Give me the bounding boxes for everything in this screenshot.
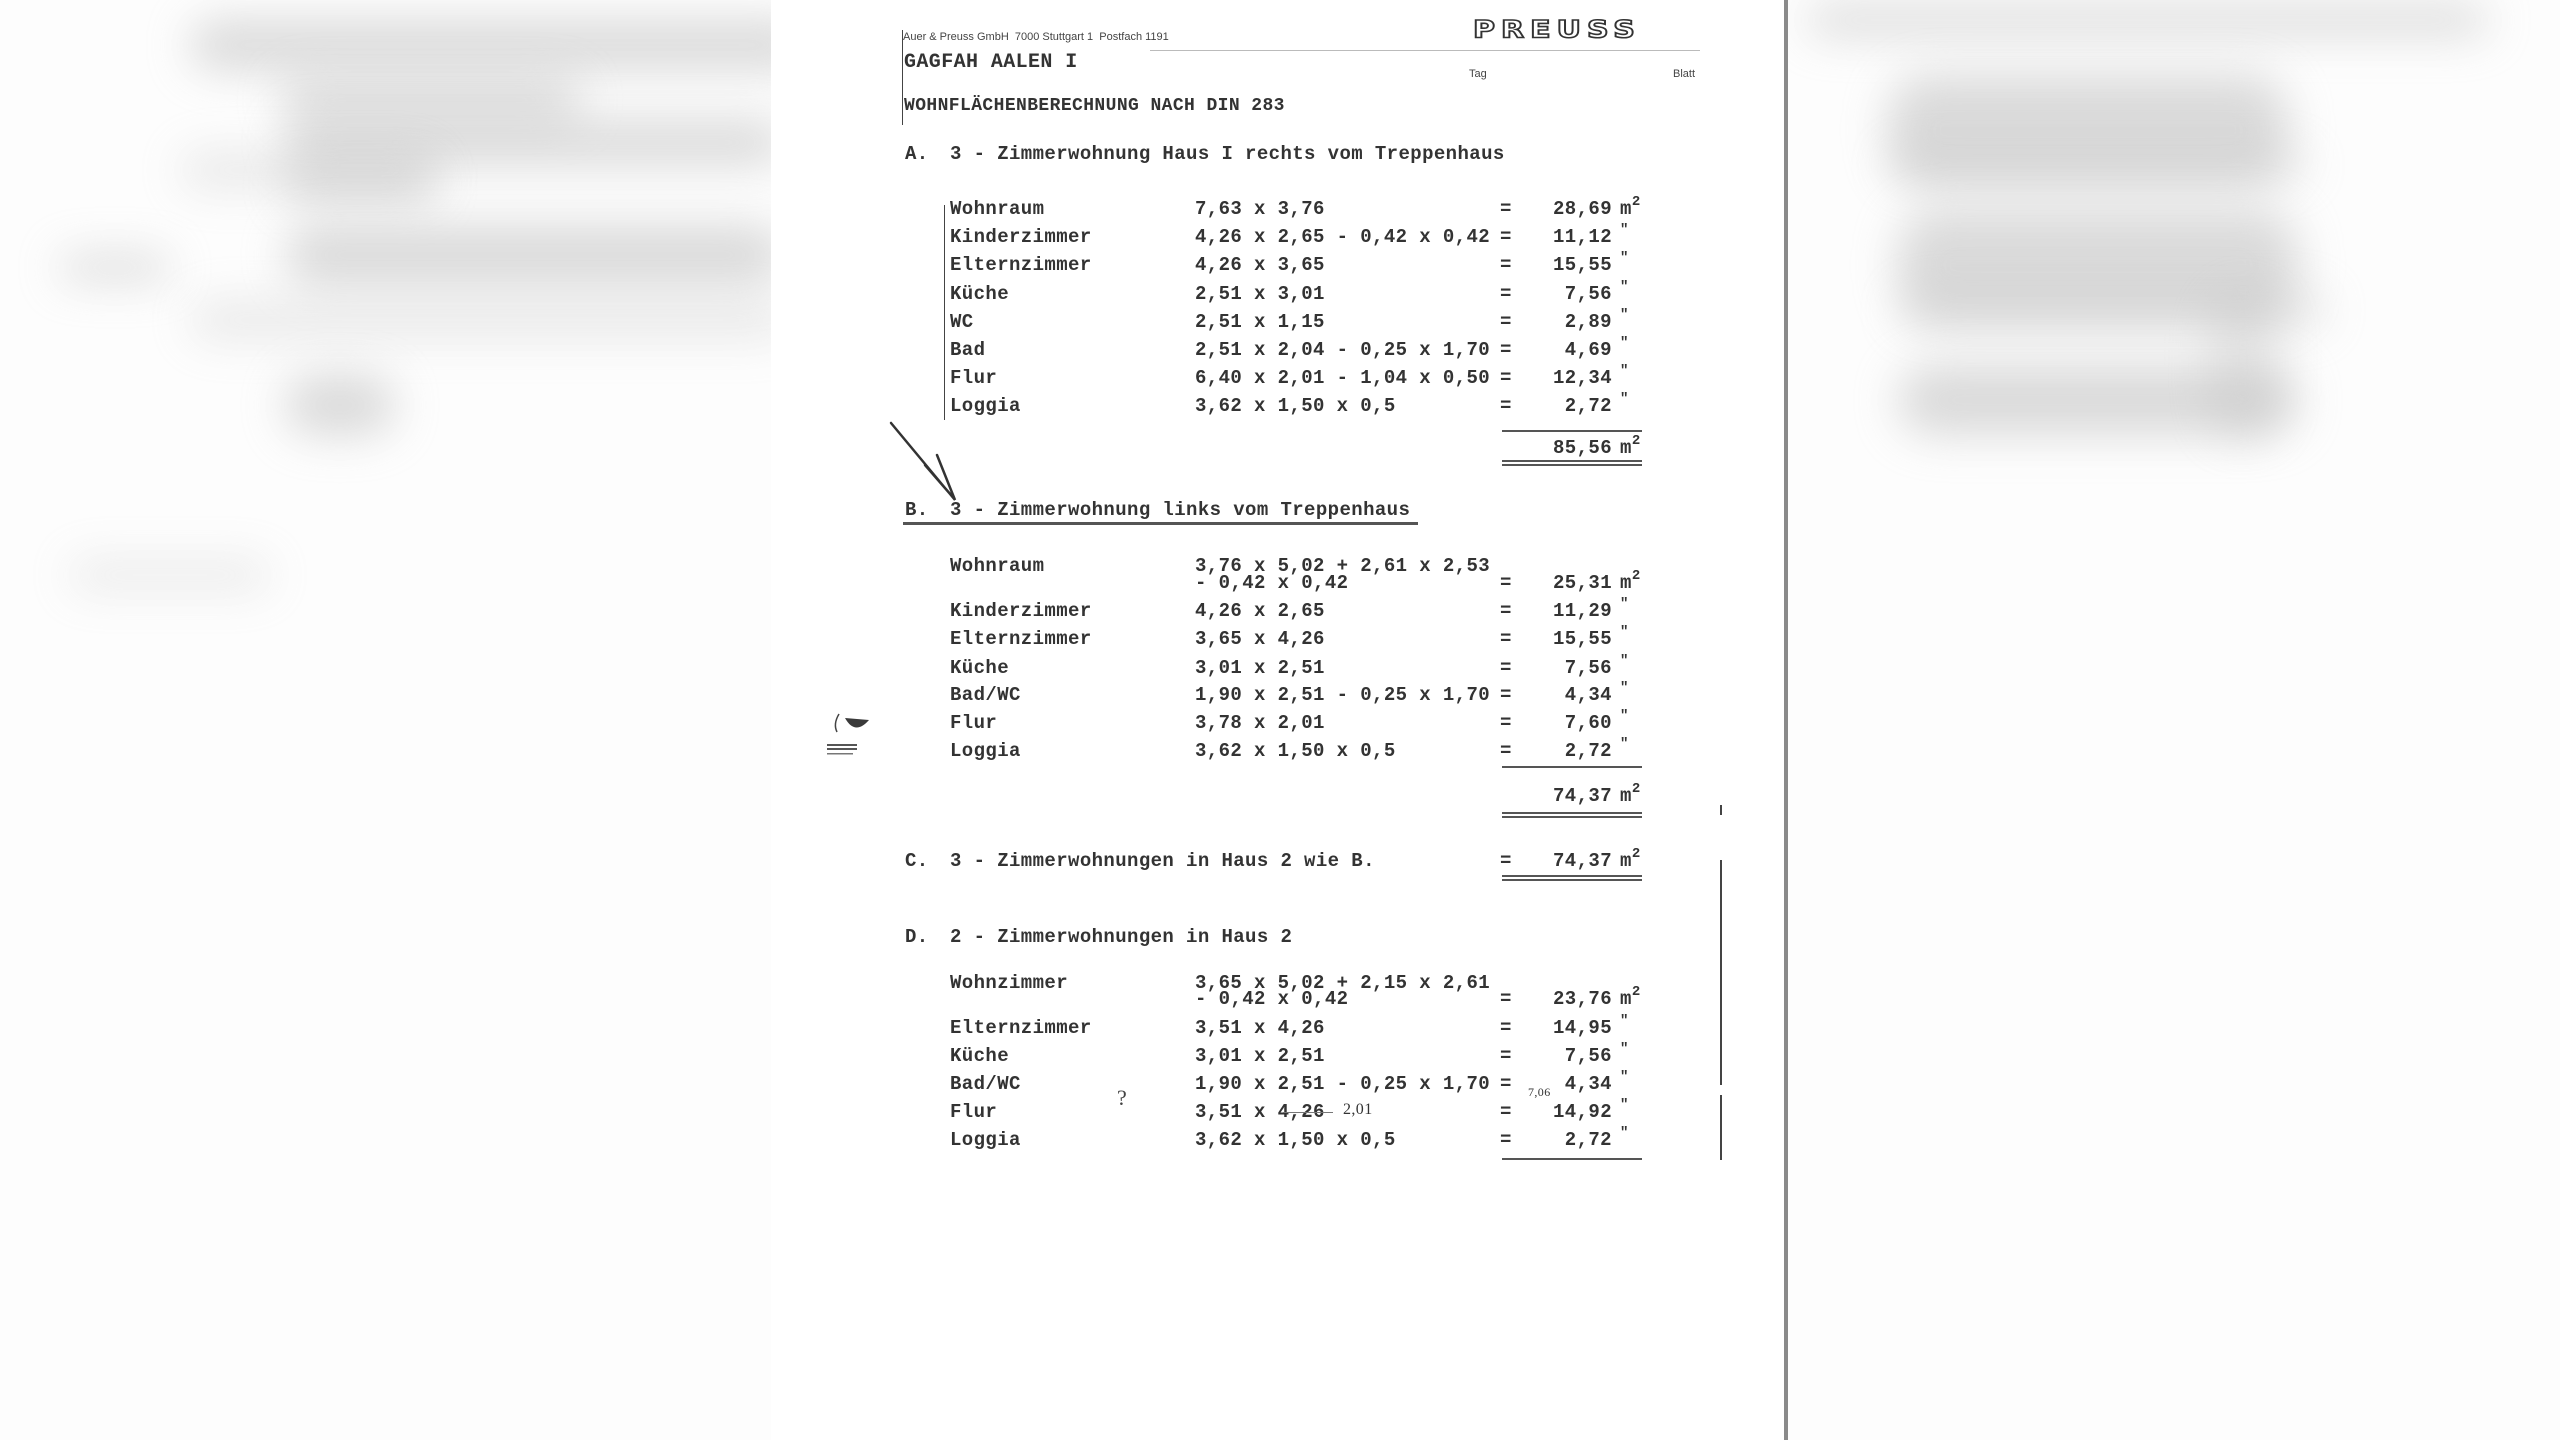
room-name: Küche [950, 657, 1009, 679]
area-formula-continued: - 0,42 x 0,42 [1195, 572, 1348, 594]
room-area: 2,89 [1565, 311, 1612, 333]
rule-line [1502, 816, 1642, 818]
equals-sign: = [1500, 226, 1512, 248]
section-heading: 3 - Zimmerwohnung links vom Treppenhaus [950, 499, 1410, 521]
room-area: 7,56 [1565, 1045, 1612, 1067]
question-mark-annotation: ? [1117, 1085, 1127, 1111]
margin-mark [1720, 805, 1722, 815]
room-area: 14,92 [1553, 1101, 1612, 1123]
area-unit: " [1620, 279, 1629, 295]
area-formula: 2,51 x 1,15 [1195, 311, 1325, 333]
ink-smudge-icon [825, 710, 885, 760]
room-name: Kinderzimmer [950, 226, 1092, 248]
area-unit: " [1620, 624, 1629, 640]
room-area: 4,34 [1565, 1073, 1612, 1095]
room-area: 4,34 [1565, 684, 1612, 706]
equals-sign: = [1500, 684, 1512, 706]
company-address-line: Auer & Preuss GmbH 7000 Stuttgart 1 Post… [903, 31, 1169, 43]
room-area: 4,69 [1565, 339, 1612, 361]
margin-line [944, 205, 945, 420]
area-unit: " [1620, 653, 1629, 669]
strikethrough [1283, 1112, 1333, 1113]
area-formula: 3,62 x 1,50 x 0,5 [1195, 740, 1396, 762]
equals-sign: = [1500, 367, 1512, 389]
rule-line [1502, 1158, 1642, 1160]
area-unit: " [1620, 1013, 1629, 1029]
section-total: 85,56 [1553, 437, 1612, 459]
area-unit: m2 [1620, 850, 1641, 872]
area-unit: " [1620, 335, 1629, 351]
room-area: 15,55 [1553, 628, 1612, 650]
handwritten-area-correction: 7,06 [1528, 1085, 1551, 1100]
equals-sign: = [1500, 1017, 1512, 1039]
area-unit: " [1620, 250, 1629, 266]
equals-sign: = [1500, 1073, 1512, 1095]
room-name: Wohnraum [950, 555, 1044, 577]
area-formula: 6,40 x 2,01 - 1,04 x 0,50 [1195, 367, 1490, 389]
area-unit: m2 [1620, 988, 1641, 1010]
area-formula: 2,51 x 3,01 [1195, 283, 1325, 305]
room-name: Wohnraum [950, 198, 1044, 220]
section-letter: D. [905, 926, 929, 948]
rule-line [1502, 430, 1642, 432]
room-name: Loggia [950, 395, 1021, 417]
area-unit: " [1620, 1041, 1629, 1057]
equals-sign: = [1500, 1129, 1512, 1151]
area-formula: 1,90 x 2,51 - 0,25 x 1,70 [1195, 1073, 1490, 1095]
area-formula: 3,01 x 2,51 [1195, 657, 1325, 679]
room-name: Bad/WC [950, 1073, 1021, 1095]
room-name: Bad [950, 339, 985, 361]
room-name: Kinderzimmer [950, 600, 1092, 622]
area-unit: " [1620, 708, 1629, 724]
rule-line [1502, 812, 1642, 814]
room-name: Flur [950, 1101, 997, 1123]
rule-line [1502, 766, 1642, 768]
section-letter: C. [905, 850, 929, 872]
equals-sign: = [1500, 311, 1512, 333]
area-unit: " [1620, 222, 1629, 238]
margin-line [902, 30, 903, 125]
area-unit: m2 [1620, 437, 1641, 459]
section-heading: 2 - Zimmerwohnungen in Haus 2 [950, 926, 1292, 948]
handwritten-correction: 2,01 [1343, 1101, 1373, 1119]
margin-mark [1720, 860, 1722, 1085]
area-unit: m2 [1620, 572, 1641, 594]
section-letter: A. [905, 143, 929, 165]
area-formula: 3,62 x 1,50 x 0,5 [1195, 1129, 1396, 1151]
area-formula: 3,62 x 1,50 x 0,5 [1195, 395, 1396, 417]
room-name: Flur [950, 712, 997, 734]
page-edge [1784, 0, 1788, 1440]
room-area: 7,56 [1565, 283, 1612, 305]
area-unit: m2 [1620, 785, 1641, 807]
rule-line [1502, 875, 1642, 877]
preuss-logo: PREUSS [1473, 16, 1641, 44]
room-area: 25,31 [1553, 572, 1612, 594]
area-unit: m2 [1620, 198, 1641, 220]
room-area: 14,95 [1553, 1017, 1612, 1039]
equals-sign: = [1500, 628, 1512, 650]
area-unit: " [1620, 391, 1629, 407]
area-formula: 4,26 x 2,65 - 0,42 x 0,42 [1195, 226, 1490, 248]
section-heading: 3 - Zimmerwohnungen in Haus 2 wie B. [950, 850, 1375, 872]
area-unit: " [1620, 680, 1629, 696]
room-name: Küche [950, 283, 1009, 305]
room-name: Elternzimmer [950, 1017, 1092, 1039]
room-name: Flur [950, 367, 997, 389]
room-name: WC [950, 311, 974, 333]
section-total: 74,37 [1553, 785, 1612, 807]
room-name: Elternzimmer [950, 628, 1092, 650]
equals-sign: = [1500, 988, 1512, 1010]
blatt-label: Blatt [1673, 68, 1695, 80]
section-heading: 3 - Zimmerwohnung Haus I rechts vom Trep… [950, 143, 1505, 165]
tag-label: Tag [1469, 68, 1487, 80]
room-area: 2,72 [1565, 740, 1612, 762]
room-name: Wohnzimmer [950, 972, 1068, 994]
equals-sign: = [1500, 395, 1512, 417]
room-area: 23,76 [1553, 988, 1612, 1010]
area-formula-continued: - 0,42 x 0,42 [1195, 988, 1348, 1010]
room-area: 7,60 [1565, 712, 1612, 734]
equals-sign: = [1500, 254, 1512, 276]
area-formula: 4,26 x 2,65 [1195, 600, 1325, 622]
blurred-background-left [0, 0, 771, 1440]
equals-sign: = [1500, 572, 1512, 594]
room-area: 2,72 [1565, 1129, 1612, 1151]
project-name: GAGFAH AALEN I [904, 51, 1078, 74]
room-area: 15,55 [1553, 254, 1612, 276]
equals-sign: = [1500, 740, 1512, 762]
area-formula: 3,78 x 2,01 [1195, 712, 1325, 734]
rule-line [903, 522, 1418, 525]
area-unit: " [1620, 1069, 1629, 1085]
area-formula: 3,01 x 2,51 [1195, 1045, 1325, 1067]
room-area: 11,12 [1553, 226, 1612, 248]
area-formula: 2,51 x 2,04 - 0,25 x 1,70 [1195, 339, 1490, 361]
area-unit: " [1620, 736, 1629, 752]
room-area: 2,72 [1565, 395, 1612, 417]
equals-sign: = [1500, 600, 1512, 622]
blurred-background-right [1788, 0, 2560, 1440]
equals-sign: = [1500, 712, 1512, 734]
room-area: 12,34 [1553, 367, 1612, 389]
margin-mark [1720, 1095, 1722, 1160]
area-unit: " [1620, 363, 1629, 379]
room-name: Elternzimmer [950, 254, 1092, 276]
area-formula: 4,26 x 3,65 [1195, 254, 1325, 276]
area-unit: " [1620, 596, 1629, 612]
area-unit: " [1620, 1097, 1629, 1113]
checkmark-icon [885, 415, 965, 505]
section-total: 74,37 [1553, 850, 1612, 872]
area-formula: 1,90 x 2,51 - 0,25 x 1,70 [1195, 684, 1490, 706]
room-name: Bad/WC [950, 684, 1021, 706]
area-formula: 7,63 x 3,76 [1195, 198, 1325, 220]
equals-sign: = [1500, 339, 1512, 361]
document-title: WOHNFLÄCHENBERECHNUNG NACH DIN 283 [904, 96, 1285, 116]
header-dotted-rule [1150, 50, 1700, 51]
rule-line [1502, 460, 1642, 462]
area-unit: " [1620, 1125, 1629, 1141]
rule-line [1502, 879, 1642, 881]
equals-sign: = [1500, 198, 1512, 220]
room-name: Loggia [950, 1129, 1021, 1151]
equals-sign: = [1500, 283, 1512, 305]
area-formula: 3,65 x 4,26 [1195, 628, 1325, 650]
room-name: Loggia [950, 740, 1021, 762]
rule-line [1502, 464, 1642, 466]
room-area: 7,56 [1565, 657, 1612, 679]
room-name: Küche [950, 1045, 1009, 1067]
equals-sign: = [1500, 657, 1512, 679]
equals-sign: = [1500, 1045, 1512, 1067]
room-area: 11,29 [1553, 600, 1612, 622]
area-unit: " [1620, 307, 1629, 323]
area-formula: 3,51 x 4,26 [1195, 1017, 1325, 1039]
room-area: 28,69 [1553, 198, 1612, 220]
equals-sign: = [1500, 1101, 1512, 1123]
equals-sign: = [1500, 850, 1512, 872]
